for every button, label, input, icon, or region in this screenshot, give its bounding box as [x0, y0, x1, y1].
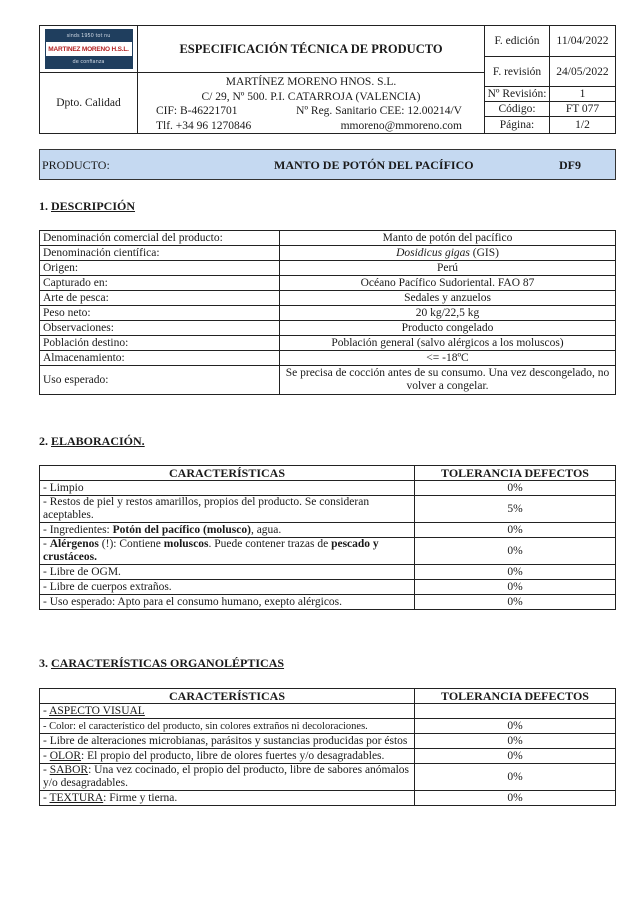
text: - Color: el característico del producto,…	[43, 721, 368, 732]
code-label: Código:	[485, 102, 550, 116]
revision-date-label: F. revisión	[485, 57, 550, 86]
characteristic-cell: - Libre de alteraciones microbianas, par…	[40, 734, 415, 749]
row-label: Uso esperado:	[40, 366, 280, 395]
company-reg-sanitario: Nº Reg. Sanitario CEE: 12.00214/V	[296, 104, 462, 119]
characteristic-cell: - Color: el característico del producto,…	[40, 719, 415, 734]
row-value: Dosidicus gigas (GIS)	[280, 246, 616, 261]
text: - Libre de cuerpos extraños.	[43, 581, 172, 593]
characteristic-cell: - ASPECTO VISUAL	[40, 704, 415, 719]
text: : El propio del producto, libre de olore…	[81, 750, 384, 762]
tolerance-cell: 0%	[415, 595, 616, 610]
section-1-heading: 1. DESCRIPCIÓN	[39, 199, 135, 214]
text: (!): Contiene	[99, 538, 164, 550]
text: - Libre de OGM.	[43, 566, 121, 578]
characteristic-cell: - Alérgenos (!): Contiene moluscos. Pued…	[40, 538, 415, 565]
row-value: 20 kg/22,5 kg	[280, 306, 616, 321]
table-row: Origen:Perú	[40, 261, 616, 276]
logo-top-band: sinds 1950 tot nu	[46, 30, 132, 42]
table-row: - Libre de alteraciones microbianas, par…	[40, 734, 616, 749]
edition-date-value: 11/04/2022	[550, 26, 615, 56]
characteristic-cell: - SABOR: Una vez cocinado, el propio del…	[40, 764, 415, 791]
company-cif: CIF: B-46221701	[156, 104, 237, 119]
document-title: ESPECIFICACIÓN TÉCNICA DE PRODUCTO	[138, 26, 485, 73]
column-header-characteristics: CARACTERÍSTICAS	[40, 466, 415, 481]
text: . Puede contener trazas de	[208, 538, 331, 550]
company-address-block: MARTÍNEZ MORENO HNOS. S.L. C/ 29, Nº 500…	[138, 73, 485, 133]
row-value: <= -18ºC	[280, 351, 616, 366]
company-phone: Tlf. +34 96 1270846	[156, 119, 251, 134]
table-row: Denominación científica:Dosidicus gigas …	[40, 246, 616, 261]
page-value: 1/2	[550, 117, 615, 133]
table-row: - Limpio0%	[40, 481, 616, 496]
tolerance-cell: 0%	[415, 481, 616, 496]
row-value: Océano Pacífico Sudoriental. FAO 87	[280, 276, 616, 291]
text: - Ingredientes:	[43, 524, 113, 536]
tolerance-cell: 0%	[415, 523, 616, 538]
document-header: sinds 1950 tot nu MARTINEZ MORENO H.S.L.…	[39, 25, 616, 134]
tolerance-cell	[415, 704, 616, 719]
row-label: Almacenamiento:	[40, 351, 280, 366]
bold-text: Alérgenos	[50, 538, 99, 550]
description-table: Denominación comercial del producto:Mant…	[39, 230, 616, 395]
bold-text: Potón del pacífico (molusco)	[113, 524, 251, 536]
tolerance-cell: 0%	[415, 791, 616, 806]
row-label: Origen:	[40, 261, 280, 276]
company-logo: sinds 1950 tot nu MARTINEZ MORENO H.S.L.…	[45, 29, 133, 69]
product-code: DF9	[559, 158, 581, 173]
row-value: Perú	[280, 261, 616, 276]
bold-text: moluscos	[164, 538, 209, 550]
row-value: Se precisa de cocción antes de su consum…	[280, 366, 616, 395]
document-meta: F. edición 11/04/2022 F. revisión 24/05/…	[485, 26, 615, 133]
text: -	[43, 750, 50, 762]
tolerance-cell: 0%	[415, 580, 616, 595]
table-row: Uso esperado:Se precisa de cocción antes…	[40, 366, 616, 395]
text: - Restos de piel y restos amarillos, pro…	[43, 496, 369, 521]
table-row: - Restos de piel y restos amarillos, pro…	[40, 496, 616, 523]
characteristic-cell: - Uso esperado: Apto para el consumo hum…	[40, 595, 415, 610]
section-3-heading: 3. CARACTERÍSTICAS ORGANOLÉPTICAS	[39, 656, 284, 671]
table-row: - Libre de OGM.0%	[40, 565, 616, 580]
product-label: PRODUCTO:	[42, 158, 110, 173]
row-value: Manto de potón del pacífico	[280, 231, 616, 246]
table-row: - OLOR: El propio del producto, libre de…	[40, 749, 616, 764]
code-value: FT 077	[550, 102, 615, 116]
table-row: Denominación comercial del producto:Mant…	[40, 231, 616, 246]
row-value: Producto congelado	[280, 321, 616, 336]
table-row: - Libre de cuerpos extraños.0%	[40, 580, 616, 595]
tolerance-cell: 0%	[415, 749, 616, 764]
row-label: Población destino:	[40, 336, 280, 351]
row-value: Población general (salvo alérgicos a los…	[280, 336, 616, 351]
row-label: Denominación comercial del producto:	[40, 231, 280, 246]
text: : Una vez cocinado, el propio del produc…	[43, 764, 409, 789]
row-label: Capturado en:	[40, 276, 280, 291]
characteristic-cell: - Restos de piel y restos amarillos, pro…	[40, 496, 415, 523]
tolerance-cell: 5%	[415, 496, 616, 523]
characteristic-cell: - Libre de OGM.	[40, 565, 415, 580]
product-name: MANTO DE POTÓN DEL PACÍFICO	[274, 158, 474, 173]
characteristic-cell: - OLOR: El propio del producto, libre de…	[40, 749, 415, 764]
company-name: MARTÍNEZ MORENO HNOS. S.L.	[138, 75, 484, 90]
tolerance-cell: 0%	[415, 764, 616, 791]
revision-number-value: 1	[550, 87, 615, 101]
characteristic-cell: - Limpio	[40, 481, 415, 496]
column-header-tolerance: TOLERANCIA DEFECTOS	[415, 689, 616, 704]
section-title: ELABORACIÓN.	[51, 434, 145, 448]
table-row: - Alérgenos (!): Contiene moluscos. Pued…	[40, 538, 616, 565]
row-value: Sedales y anzuelos	[280, 291, 616, 306]
text: - Uso esperado: Apto para el consumo hum…	[43, 596, 342, 608]
characteristic-cell: - Ingredientes: Potón del pacífico (molu…	[40, 523, 415, 538]
section-number: 2.	[39, 434, 48, 448]
department-label: Dpto. Calidad	[40, 73, 138, 133]
table-row: Capturado en:Océano Pacífico Sudoriental…	[40, 276, 616, 291]
text: -	[43, 764, 50, 776]
column-header-tolerance: TOLERANCIA DEFECTOS	[415, 466, 616, 481]
logo-cell: sinds 1950 tot nu MARTINEZ MORENO H.S.L.…	[40, 26, 138, 73]
section-title: CARACTERÍSTICAS ORGANOLÉPTICAS	[51, 656, 284, 670]
tolerance-cell: 0%	[415, 719, 616, 734]
logo-brand: MARTINEZ MORENO H.S.L.	[46, 42, 132, 55]
product-band: PRODUCTO: MANTO DE POTÓN DEL PACÍFICO DF…	[39, 149, 616, 180]
characteristic-cell: - TEXTURA: Firme y tierna.	[40, 791, 415, 806]
row-label: Peso neto:	[40, 306, 280, 321]
row-label: Denominación científica:	[40, 246, 280, 261]
text: , agua.	[251, 524, 281, 536]
underlined-text: OLOR	[50, 750, 81, 762]
text: - Libre de alteraciones microbianas, par…	[43, 735, 407, 747]
table-row: - Color: el característico del producto,…	[40, 719, 616, 734]
table-row: Observaciones:Producto congelado	[40, 321, 616, 336]
logo-bottom-band: de confianza	[46, 56, 132, 68]
elaboration-table: CARACTERÍSTICAS TOLERANCIA DEFECTOS - Li…	[39, 465, 616, 610]
section-number: 1.	[39, 199, 48, 213]
tolerance-cell: 0%	[415, 538, 616, 565]
company-email: mmoreno@mmoreno.com	[341, 119, 462, 134]
row-label: Observaciones:	[40, 321, 280, 336]
column-header-characteristics: CARACTERÍSTICAS	[40, 689, 415, 704]
text: - Limpio	[43, 482, 84, 494]
section-title: DESCRIPCIÓN	[51, 199, 135, 213]
underlined-text: ASPECTO VISUAL	[49, 705, 145, 717]
characteristic-cell: - Libre de cuerpos extraños.	[40, 580, 415, 595]
section-number: 3.	[39, 656, 48, 670]
table-row: Arte de pesca:Sedales y anzuelos	[40, 291, 616, 306]
revision-number-label: Nº Revisión:	[485, 87, 550, 101]
edition-date-label: F. edición	[485, 26, 550, 56]
table-row: - Uso esperado: Apto para el consumo hum…	[40, 595, 616, 610]
tolerance-cell: 0%	[415, 734, 616, 749]
page-label: Página:	[485, 117, 550, 133]
section-2-heading: 2. ELABORACIÓN.	[39, 434, 145, 449]
company-address: C/ 29, Nº 500. P.I. CATARROJA (VALENCIA)	[138, 90, 484, 105]
text: : Firme y tierna.	[103, 792, 177, 804]
underlined-text: TEXTURA	[50, 792, 104, 804]
underlined-text: SABOR	[50, 764, 88, 776]
table-row: - SABOR: Una vez cocinado, el propio del…	[40, 764, 616, 791]
organoleptic-table: CARACTERÍSTICAS TOLERANCIA DEFECTOS - AS…	[39, 688, 616, 806]
table-row: - Ingredientes: Potón del pacífico (molu…	[40, 523, 616, 538]
tolerance-cell: 0%	[415, 565, 616, 580]
row-label: Arte de pesca:	[40, 291, 280, 306]
revision-date-value: 24/05/2022	[550, 57, 615, 86]
table-row: - TEXTURA: Firme y tierna.0%	[40, 791, 616, 806]
table-row: Peso neto:20 kg/22,5 kg	[40, 306, 616, 321]
scientific-name: Dosidicus gigas	[396, 247, 470, 259]
table-row: Población destino:Población general (sal…	[40, 336, 616, 351]
text: -	[43, 538, 50, 550]
table-row: Almacenamiento:<= -18ºC	[40, 351, 616, 366]
table-row: - ASPECTO VISUAL	[40, 704, 616, 719]
